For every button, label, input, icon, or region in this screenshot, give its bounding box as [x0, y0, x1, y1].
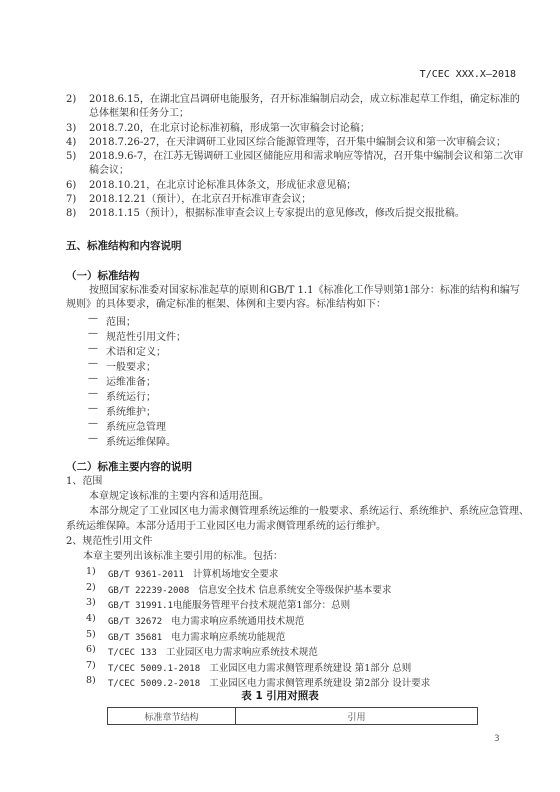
table-caption: 表 1 引用对照表 [0, 688, 560, 703]
list-number: 7) [66, 193, 76, 206]
structure-item: 范围； [106, 313, 136, 328]
structure-item: 系统运维保障。 [106, 433, 176, 448]
ref-title: 电力需求响应系统通用技术规范 [171, 616, 304, 627]
reference-item: GB/T 9361-2011 计算机场地安全要求 [108, 566, 278, 580]
list-item-text: 总体框架和任务分工； [89, 107, 189, 120]
list-item-text: 2018.1.15（预计），根据标准审查会议上专家提出的意见修改，修改后提交报批… [89, 207, 465, 220]
dash-bullet: — [88, 313, 98, 324]
list-number: 3) [66, 122, 76, 135]
list-number: 2) [66, 93, 76, 106]
paragraph-line: 本章主要列出该标准主要引用的标准。包括： [83, 550, 283, 563]
subsection-heading: （一）标准结构 [66, 268, 140, 283]
list-number: 4) [66, 136, 76, 149]
ref-title: 工业园区电力需求响应系统技术规范 [166, 647, 318, 658]
ref-number: 1) [86, 566, 96, 577]
ref-code: GB/T 22239-2008 [108, 586, 189, 596]
ref-number: 4) [86, 613, 96, 624]
reference-item: T/CEC 5009.1-2018 工业园区电力需求侧管理系统建设 第1部分 总… [108, 660, 411, 674]
clause-title: 2、规范性引用文件 [66, 535, 152, 548]
ref-code: GB/T 35681 [108, 633, 162, 643]
paragraph-line: 按照国家标准委对国家标准起草的原则和GB/T 1.1《标准化工作导则第1部分：标… [89, 284, 520, 297]
structure-item: 一般要求； [106, 358, 156, 373]
dash-bullet: — [88, 343, 98, 354]
ref-number: 2) [86, 582, 96, 593]
ref-code: GB/T 31991.1 [108, 601, 173, 611]
structure-item: 系统应急管理 [106, 418, 166, 433]
list-item-text: 2018.7.26-27，在天津调研工业园区综合能源管理等，召开集中编制会议和第… [89, 136, 506, 149]
structure-item: 系统维护； [106, 403, 156, 418]
reference-item: T/CEC 5009.2-2018 工业园区电力需求侧管理系统建设 第2部分 设… [108, 675, 430, 689]
ref-code: T/CEC 5009.1-2018 [108, 664, 200, 674]
list-number: 6) [66, 179, 76, 192]
page-number: 3 [494, 734, 500, 744]
ref-title: 电力需求响应系统功能规范 [171, 632, 285, 643]
dash-bullet: — [88, 328, 98, 339]
structure-item: 运维准备； [106, 373, 156, 388]
list-item-text: 2018.9.6-7，在江苏无锡调研工业园区储能应用和需求响应等情况，召开集中编… [89, 150, 523, 163]
ref-number: 5) [86, 629, 96, 640]
paragraph-line: 本部分规定了工业园区电力需求侧管理系统运维的一般要求、系统运行、系统维护、系统应… [89, 505, 529, 518]
table-header-cell: 标准章节结构 [108, 708, 236, 724]
ref-title: 信息安全技术 信息系统安全等级保护基本要求 [198, 585, 391, 596]
list-number: 8) [66, 207, 76, 220]
clause-title: 1、范围 [66, 475, 102, 488]
ref-code: T/CEC 133 [108, 648, 157, 658]
reference-item: GB/T 35681 电力需求响应系统功能规范 [108, 629, 285, 643]
paragraph-line: 规则》的具体要求，确定标准的框架、体例和主要内容。标准结构如下： [66, 298, 386, 311]
section-heading: 五、标准结构和内容说明 [66, 238, 182, 253]
ref-code: GB/T 9361-2011 [108, 570, 184, 580]
reference-item: GB/T 32672 电力需求响应系统通用技术规范 [108, 613, 304, 627]
list-number: 5) [66, 150, 76, 163]
ref-code: GB/T 32672 [108, 617, 162, 627]
list-item-text: 2018.10.21，在北京讨论标准具体条文，形成征求意见稿； [89, 179, 356, 192]
subsection-heading: （二）标准主要内容的说明 [66, 459, 192, 474]
dash-bullet: — [88, 418, 98, 429]
list-item-text: 2018.6.15，在湖北宜昌调研电能服务，召开标准编制启动会，成立标准起草工作… [89, 93, 520, 106]
ref-title: 电能服务管理平台技术规范第1部分：总则 [173, 600, 350, 611]
dash-bullet: — [88, 433, 98, 444]
dash-bullet: — [88, 388, 98, 399]
table-header-cell: 引用 [236, 708, 477, 724]
dash-bullet: — [88, 373, 98, 384]
dash-bullet: — [88, 403, 98, 414]
reference-item: T/CEC 133 工业园区电力需求响应系统技术规范 [108, 644, 318, 658]
reference-item: GB/T 22239-2008 信息安全技术 信息系统安全等级保护基本要求 [108, 582, 391, 596]
document-page: T/CEC XXX.X—2018 2) 2018.6.15，在湖北宜昌调研电能服… [0, 0, 560, 792]
reference-table: 标准章节结构 引用 [107, 707, 478, 725]
ref-title: 工业园区电力需求侧管理系统建设 第1部分 总则 [209, 663, 411, 674]
ref-number: 7) [86, 660, 96, 671]
structure-item: 系统运行； [106, 388, 156, 403]
list-item-text: 稿会议； [89, 164, 129, 177]
structure-item: 术语和定义； [106, 343, 166, 358]
ref-number: 8) [86, 675, 96, 686]
ref-number: 6) [86, 644, 96, 655]
structure-item: 规范性引用文件； [106, 328, 186, 343]
ref-title: 计算机场地安全要求 [193, 569, 279, 580]
dash-bullet: — [88, 358, 98, 369]
reference-item: GB/T 31991.1电能服务管理平台技术规范第1部分：总则 [108, 597, 350, 611]
document-code: T/CEC XXX.X—2018 [420, 69, 516, 80]
list-item-text: 2018.12.21（预计），在北京召开标准审查会议； [89, 193, 311, 206]
ref-number: 3) [86, 597, 96, 608]
paragraph-line: 系统运维保障。本部分适用于工业园区电力需求侧管理系统的运行维护。 [66, 520, 386, 533]
list-item-text: 2018.7.20，在北京讨论标准初稿，形成第一次审稿会讨论稿； [89, 122, 370, 135]
paragraph-line: 本章规定该标准的主要内容和适用范围。 [89, 490, 269, 503]
